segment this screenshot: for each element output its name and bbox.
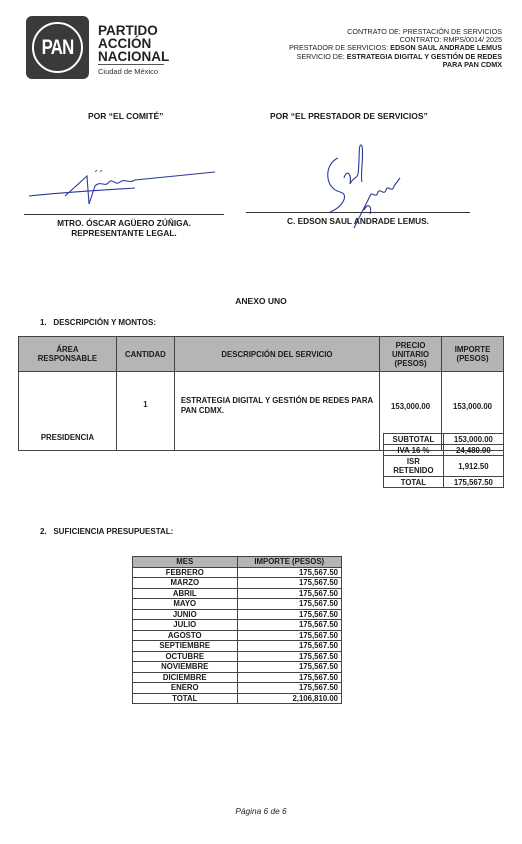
budget-month: JULIO <box>133 620 238 631</box>
section-2-title: 2. SUFICIENCIA PRESUPUESTAL: <box>40 527 173 536</box>
budget-total-row: TOTAL 2,106,810.00 <box>133 693 342 704</box>
table-row: MARZO175,567.50 <box>133 578 342 589</box>
table-row: JUNIO175,567.50 <box>133 609 342 620</box>
header-month: MES <box>133 557 238 568</box>
header-area: ÁREA RESPONSABLE <box>19 337 117 372</box>
budget-amount: 175,567.50 <box>237 567 341 578</box>
party-name-line: NACIONAL <box>98 50 169 63</box>
iva-label: IVA 16 % <box>384 445 444 456</box>
service-line-2: PARA PAN CDMX <box>289 61 502 69</box>
budget-month: JUNIO <box>133 609 238 620</box>
header-unit-price: PRECIO UNITARIO (PESOS) <box>380 337 442 372</box>
committee-signature-line <box>24 214 224 215</box>
committee-signer-role: REPRESENTANTE LEGAL. <box>24 228 224 238</box>
budget-month: OCTUBRE <box>133 651 238 662</box>
totals-table: SUBTOTAL153,000.00 IVA 16 %24,480.00 ISR… <box>383 433 504 488</box>
total-value: 175,567.50 <box>443 477 503 488</box>
subtotal-value: 153,000.00 <box>443 434 503 445</box>
budget-month: SEPTIEMBRE <box>133 641 238 652</box>
cell-quantity: 1 <box>116 372 174 451</box>
committee-label: POR “EL COMITÉ” <box>88 111 163 121</box>
party-city: Ciudad de México <box>98 67 158 76</box>
budget-month: DICIEMBRE <box>133 672 238 683</box>
budget-total-value: 2,106,810.00 <box>237 693 341 704</box>
totals-row: TOTAL175,567.50 <box>384 477 504 488</box>
table-row: SEPTIEMBRE175,567.50 <box>133 641 342 652</box>
budget-month: MAYO <box>133 599 238 610</box>
provider-signature <box>320 130 410 230</box>
budget-total-label: TOTAL <box>133 693 238 704</box>
budget-amount: 175,567.50 <box>237 641 341 652</box>
table-row: DICIEMBRE175,567.50 <box>133 672 342 683</box>
header-amount: IMPORTE (PESOS) <box>442 337 504 372</box>
isr-value: 1,912.50 <box>443 456 503 477</box>
page-number: Página 6 de 6 <box>0 806 522 816</box>
budget-amount: 175,567.50 <box>237 620 341 631</box>
budget-amount: 175,567.50 <box>237 672 341 683</box>
budget-amount: 175,567.50 <box>237 683 341 694</box>
subtotal-label: SUBTOTAL <box>384 434 444 445</box>
pan-logo: PAN <box>26 16 89 79</box>
budget-amount: 175,567.50 <box>237 578 341 589</box>
budget-rows: FEBRERO175,567.50MARZO175,567.50ABRIL175… <box>133 567 342 693</box>
budget-month: NOVIEMBRE <box>133 662 238 673</box>
committee-signature <box>25 160 225 210</box>
iva-value: 24,480.00 <box>443 445 503 456</box>
annex-title: ANEXO UNO <box>0 296 522 306</box>
table-row: OCTUBRE175,567.50 <box>133 651 342 662</box>
table-row: NOVIEMBRE175,567.50 <box>133 662 342 673</box>
table-row: ENERO175,567.50 <box>133 683 342 694</box>
table-row: FEBRERO175,567.50 <box>133 567 342 578</box>
header-budget-amount: IMPORTE (PESOS) <box>237 557 341 568</box>
budget-month: ABRIL <box>133 588 238 599</box>
totals-row: IVA 16 %24,480.00 <box>384 445 504 456</box>
table-row: MAYO175,567.50 <box>133 599 342 610</box>
party-divider <box>98 64 164 65</box>
budget-amount: 175,567.50 <box>237 588 341 599</box>
budget-amount: 175,567.50 <box>237 609 341 620</box>
section-1-title: 1. DESCRIPCIÓN Y MONTOS: <box>40 318 156 327</box>
contract-header: CONTRATO DE: PRESTACIÓN DE SERVICIOS CON… <box>289 28 502 69</box>
table-row: AGOSTO175,567.50 <box>133 630 342 641</box>
budget-amount: 175,567.50 <box>237 651 341 662</box>
committee-signer: MTRO. ÓSCAR AGÜERO ZÚÑIGA. REPRESENTANTE… <box>24 218 224 238</box>
budget-month: AGOSTO <box>133 630 238 641</box>
budget-amount: 175,567.50 <box>237 662 341 673</box>
committee-signer-name: MTRO. ÓSCAR AGÜERO ZÚÑIGA. <box>24 218 224 228</box>
totals-row: SUBTOTAL153,000.00 <box>384 434 504 445</box>
isr-label: ISR RETENIDO <box>384 456 444 477</box>
budget-amount: 175,567.50 <box>237 599 341 610</box>
header-quantity: CANTIDAD <box>116 337 174 372</box>
budget-month: MARZO <box>133 578 238 589</box>
logo-text: PAN <box>32 16 82 79</box>
budget-header-row: MES IMPORTE (PESOS) <box>133 557 342 568</box>
provider-label: POR “EL PRESTADOR DE SERVICIOS” <box>270 111 428 121</box>
budget-table: MES IMPORTE (PESOS) FEBRERO175,567.50MAR… <box>132 556 342 704</box>
totals-row: ISR RETENIDO1,912.50 <box>384 456 504 477</box>
table-row: JULIO175,567.50 <box>133 620 342 631</box>
budget-amount: 175,567.50 <box>237 630 341 641</box>
provider-signature-line <box>246 212 470 213</box>
header-description: DESCRIPCIÓN DEL SERVICIO <box>174 337 379 372</box>
table-header-row: ÁREA RESPONSABLE CANTIDAD DESCRIPCIÓN DE… <box>19 337 504 372</box>
cell-description: ESTRATEGIA DIGITAL Y GESTIÓN DE REDES PA… <box>174 372 379 451</box>
budget-month: FEBRERO <box>133 567 238 578</box>
cell-area: PRESIDENCIA <box>19 372 117 451</box>
provider-signer-name: C. EDSON SAUL ANDRADE LEMUS. <box>246 216 470 226</box>
total-label: TOTAL <box>384 477 444 488</box>
party-name: PARTIDO ACCIÓN NACIONAL <box>98 24 169 63</box>
budget-month: ENERO <box>133 683 238 694</box>
table-row: ABRIL175,567.50 <box>133 588 342 599</box>
